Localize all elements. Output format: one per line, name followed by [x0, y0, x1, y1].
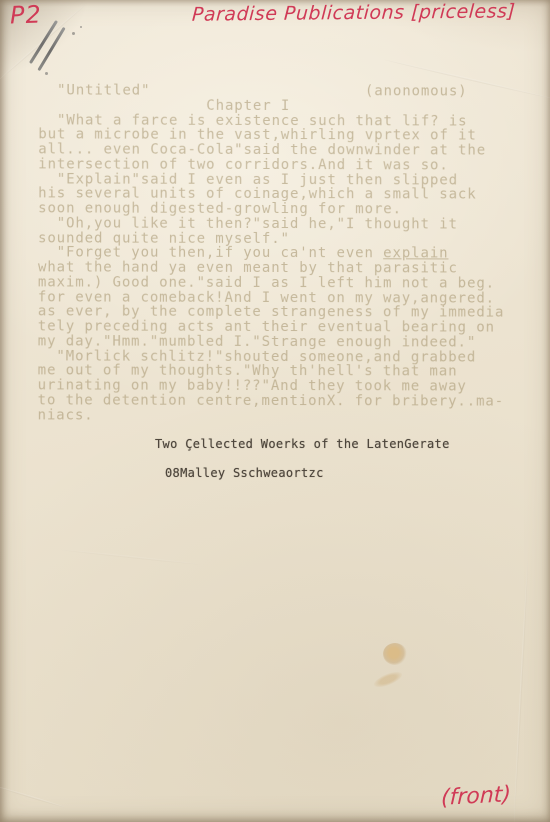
typed-title: Two Çellected Woerks of the LatenGerate: [155, 437, 450, 451]
paper-crease: [60, 549, 199, 566]
ghost-text-block: "Untitled" (anonomous) Chapter I "What a…: [38, 83, 519, 424]
scanned-title-page: P2 Paradise Publications [priceless] (fr…: [0, 0, 550, 822]
typed-author: 08Malley Sschweaortzc: [165, 466, 324, 480]
paper-crease: [513, 558, 529, 822]
handwritten-page-marker: P2: [10, 0, 43, 29]
paper-stain: [383, 643, 407, 665]
pinhole-speck: [72, 32, 75, 35]
pinhole-speck: [45, 72, 48, 75]
paper-stain: [372, 669, 404, 690]
handwritten-front-label: (front): [441, 782, 512, 811]
pinhole-speck: [80, 26, 82, 28]
handwritten-publisher-note: Paradise Publications [priceless]: [191, 0, 516, 25]
ghost-text-line: niacs.: [38, 408, 518, 424]
ghost-text-line: to the detention centre,mentionX. for br…: [38, 393, 518, 409]
paper-crease: [0, 786, 65, 808]
